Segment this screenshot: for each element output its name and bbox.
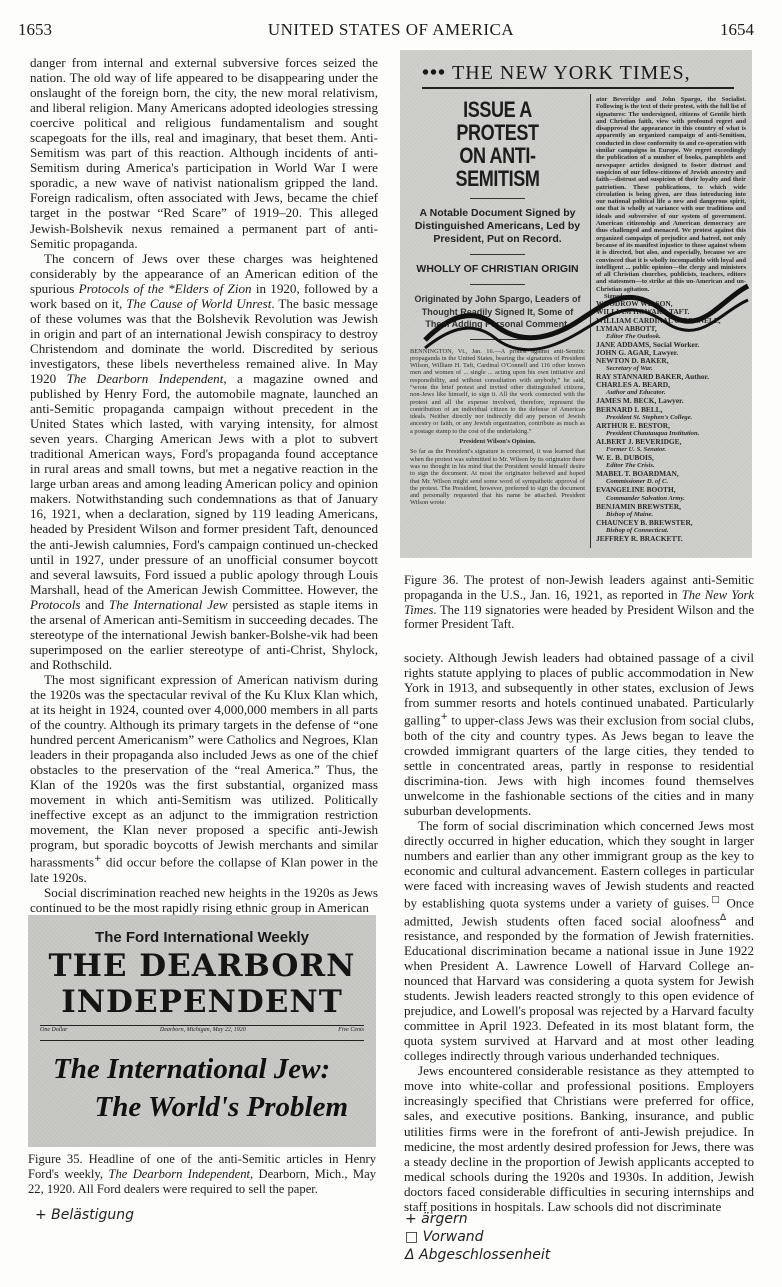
- handwritten-note: □ Vorwand: [405, 1228, 550, 1246]
- figure-36-image: •••THE NEW YORK TIMES, ISSUE A PROTEST O…: [400, 50, 752, 558]
- nyt-left-column: ISSUE A PROTEST ON ANTI-SEMITISM A Notab…: [410, 98, 585, 507]
- divider: [40, 1040, 364, 1041]
- nyt-left-body: BENNINGTON, Vt., Jan. 16.—A protest agai…: [410, 348, 585, 507]
- nyt-right-column: ator Beveridge and John Spargo, the Soci…: [596, 96, 746, 543]
- handwritten-note: Δ Abgeschlossenheit: [405, 1246, 550, 1264]
- figure-35-caption: Figure 35. Headline of one of the anti-S…: [28, 1152, 376, 1196]
- headline-line-2: The World's Problem: [95, 1091, 349, 1124]
- nyt-subhead-3: Originated by John Spargo, Leaders of Th…: [410, 293, 585, 331]
- headline-line-1: The International Jew:: [53, 1053, 330, 1086]
- right-page-number: 1654: [720, 20, 754, 40]
- nyt-masthead: •••THE NEW YORK TIMES,: [422, 62, 734, 89]
- paragraph: danger from internal and external subver…: [30, 55, 378, 251]
- masthead-line-2: INDEPENDENT: [36, 985, 368, 1019]
- annotation-plus-mark: +: [440, 712, 448, 722]
- divider: [470, 254, 525, 255]
- newspaper-subtitle: The Ford International Weekly: [28, 929, 376, 946]
- dateline: One Dollar Dearborn, Michigan, May 22, 1…: [40, 1027, 364, 1033]
- annotation-square-mark: □: [709, 895, 721, 905]
- paragraph: society. Although Jewish leaders had obt…: [404, 650, 754, 818]
- divider: [40, 1025, 364, 1026]
- figure-36-caption: Figure 36. The protest of non-Jewish lea…: [404, 573, 754, 632]
- paragraph: The most significant expression of Ameri…: [30, 672, 378, 885]
- paragraph: The form of social discrimination which …: [404, 818, 754, 1063]
- divider: [470, 339, 525, 340]
- masthead-line-1: THE DEARBORN: [36, 949, 368, 983]
- paragraph: Social discrimination reached new height…: [30, 885, 378, 915]
- nyt-headline-2: ON ANTI-SEMITISM: [426, 144, 570, 190]
- divider: [470, 284, 525, 285]
- running-title: UNITED STATES OF AMERICA: [0, 20, 782, 40]
- handwritten-notes-right: + ärgern □ Vorwand Δ Abgeschlossenheit: [405, 1210, 550, 1264]
- nyt-subhead-2: WHOLLY OF CHRISTIAN ORIGIN: [410, 263, 585, 276]
- left-column-text: danger from internal and external subver…: [30, 55, 378, 915]
- paragraph: The concern of Jews over these charges w…: [30, 251, 378, 672]
- paragraph: Jews encountered considerable resistance…: [404, 1063, 754, 1213]
- column-divider: [590, 94, 591, 548]
- nyt-headline-1: ISSUE A PROTEST: [426, 98, 570, 144]
- signatory-list: WOODROW WILSON, WILLIAM HOWARD TAFT. WIL…: [596, 300, 746, 543]
- figure-35-image: The Ford International Weekly THE DEARBO…: [28, 915, 376, 1147]
- handwritten-note-left: + Belästigung: [35, 1207, 134, 1223]
- right-column-text: society. Although Jewish leaders had obt…: [404, 650, 754, 1214]
- divider: [470, 198, 525, 199]
- annotation-plus-mark: +: [94, 854, 102, 864]
- nyt-subhead: A Notable Document Signed by Distinguish…: [410, 207, 585, 246]
- running-head: 1653 UNITED STATES OF AMERICA 1654: [0, 20, 782, 40]
- handwritten-note: + ärgern: [405, 1210, 550, 1228]
- nyt-right-body: ator Beveridge and John Spargo, the Soci…: [596, 96, 746, 293]
